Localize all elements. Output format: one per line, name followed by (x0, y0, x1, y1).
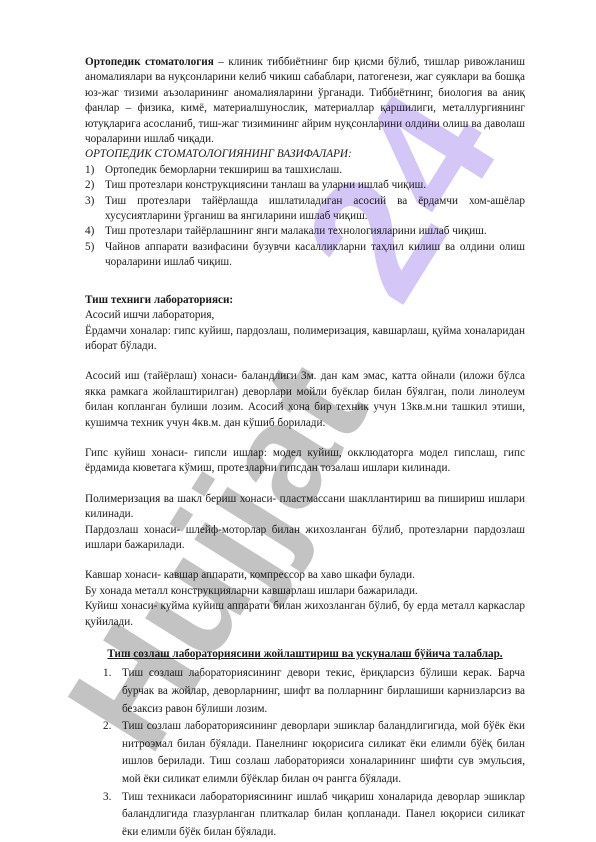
intro-paragraph: Ортопедик стоматология – клиник тиббиётн… (85, 55, 525, 147)
list-item: 1.Тиш созлаш лабораториясининг девори те… (85, 665, 525, 718)
lab-heading: Тиш техниги лабораторияси: (85, 293, 525, 308)
lab-finishing-room: Пардозлаш хонаси- шлейф-моторлар билан ж… (85, 523, 525, 554)
intro-text: – клиник тиббиётнинг бир қисми бўлиб, ти… (85, 56, 525, 145)
list-item: 2.Тиш созлаш лабораториясининг деворлари… (85, 718, 525, 788)
lab-casting-room: Куйиш хонаси- куйма куйиш аппарати билан… (85, 599, 525, 630)
list-item: 4)Тиш протезлари тайёрлашнинг янги малак… (85, 224, 525, 239)
spacer (85, 477, 525, 492)
requirements-list: 1.Тиш созлаш лабораториясининг девори те… (85, 665, 525, 841)
lab-solder-room-2: Бу хонада металл конструкцияларни кавшар… (85, 584, 525, 599)
spacer (85, 553, 525, 568)
intro-term: Ортопедик стоматология (85, 56, 214, 68)
lab-line-auxiliary: Ёрдамчи хоналар: гипс куйиш, пардозлаш, … (85, 324, 525, 355)
spacer (85, 630, 525, 647)
tasks-list: 1)Ортопедик беморларни текшириш ва ташхи… (85, 163, 525, 271)
spacer (85, 354, 525, 369)
lab-gypsum-room: Гипс куйиш хонаси- гипсли ишлар: модел к… (85, 446, 525, 477)
requirements-heading: Тиш созлаш лабораториясини жойлаштириш в… (85, 647, 525, 662)
document-page: Ортопедик стоматология – клиник тиббиётн… (85, 55, 525, 841)
list-item: 5)Чайнов аппарати вазифасини бузувчи кас… (85, 240, 525, 271)
lab-main-room: Асосий иш (тайёрлаш) хонаси- баландлиги … (85, 369, 525, 431)
lab-solder-room: Кавшар хонаси- кавшар аппарати, компресс… (85, 568, 525, 583)
list-item: 2)Тиш протезлари конструкциясини танлаш … (85, 178, 525, 193)
lab-line-main: Асосий ишчи лаборатория, (85, 308, 525, 323)
spacer (85, 271, 525, 293)
lab-polymer-room: Полимеризация ва шакл бериш хонаси- плас… (85, 492, 525, 523)
tasks-heading: ОРТОПЕДИК СТОМАТОЛОГИЯНИНГ ВАЗИФАЛАРИ: (85, 147, 525, 162)
list-item: 1)Ортопедик беморларни текшириш ва ташхи… (85, 163, 525, 178)
list-item: 3.Тиш техникаси лабораториясининг ишлаб … (85, 789, 525, 842)
list-item: 3)Тиш протезлари тайёрлашда ишлатиладига… (85, 194, 525, 225)
spacer (85, 431, 525, 446)
